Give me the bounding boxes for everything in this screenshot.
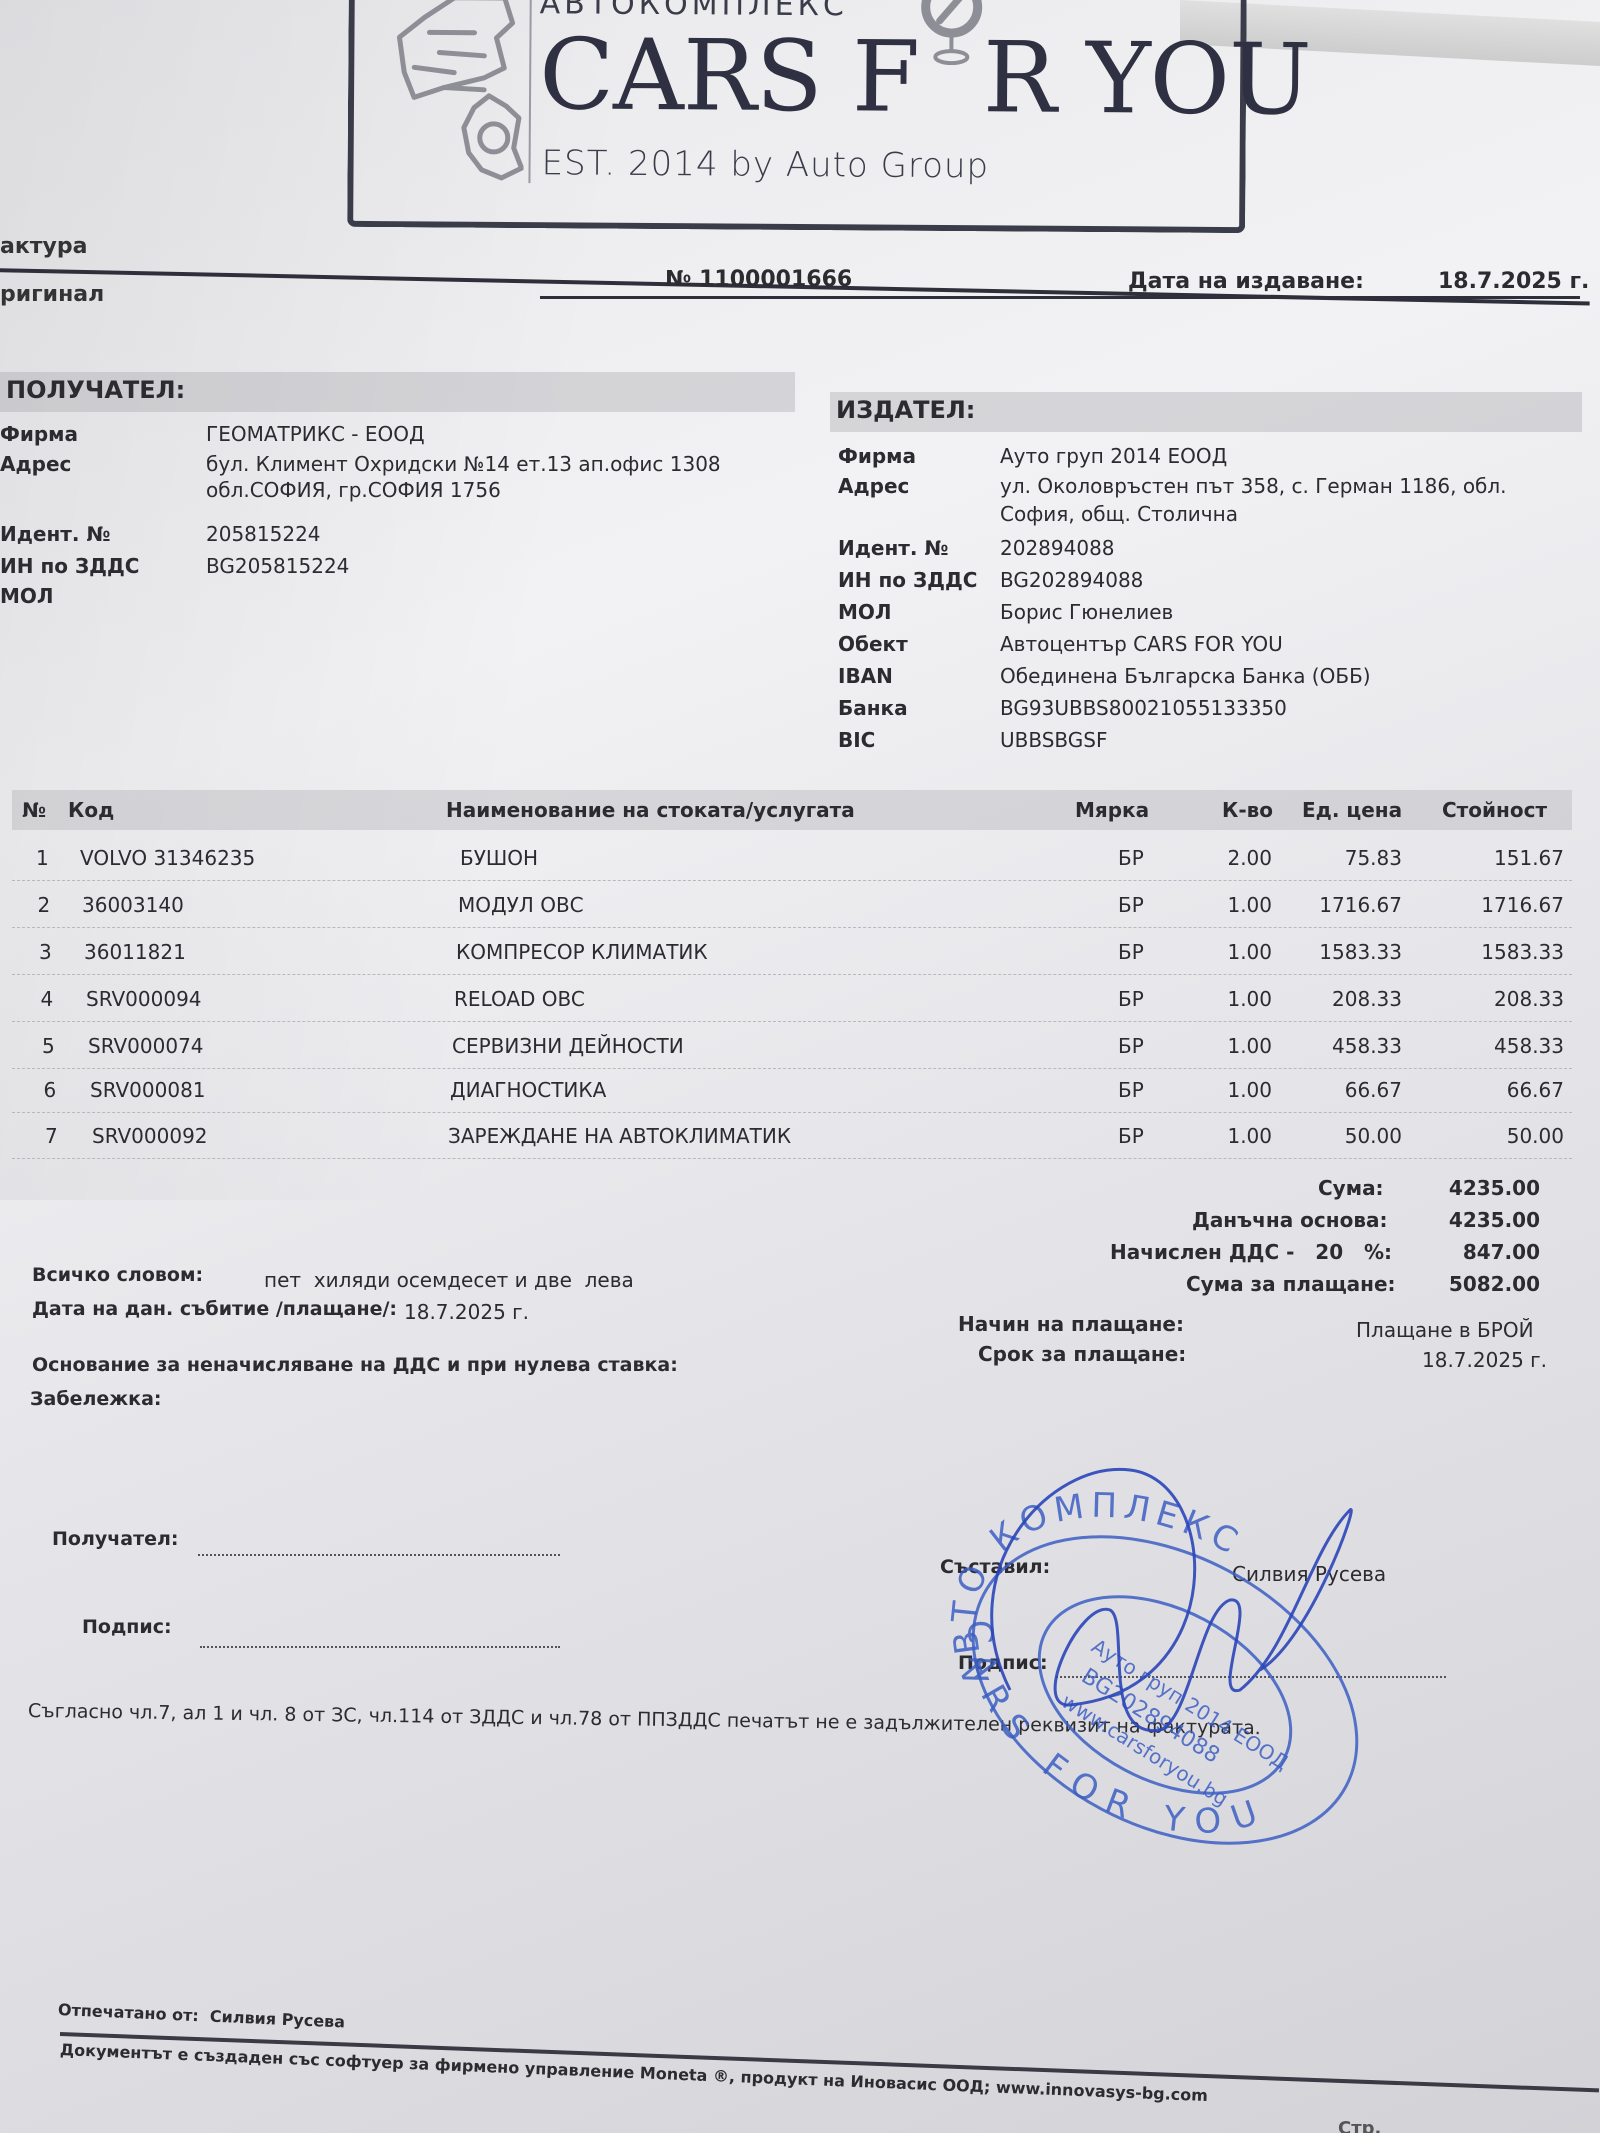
software-note: Документът е създаден със софтуер за фир… (60, 2040, 1209, 2105)
row-number: 6 (44, 1078, 57, 1102)
item-unit: БР (1118, 1034, 1144, 1058)
field-label: Фирма (0, 422, 78, 446)
item-total: 50.00 (1507, 1124, 1564, 1148)
document-type: актура (0, 234, 87, 259)
item-unit: БР (1118, 846, 1144, 870)
company-logo: АВТОКОМПЛЕКС CARS F R YOU EST. 2014 by A… (347, 0, 1247, 233)
row-number: 2 (38, 893, 51, 917)
tax-base-value: 4235.00 (1400, 1208, 1540, 1232)
field-value: ГЕОМАТРИКС - ЕООД (206, 422, 425, 446)
item-unit-price: 75.83 (1345, 846, 1402, 870)
item-total: 151.67 (1494, 846, 1564, 870)
field-label: Банка (838, 696, 908, 720)
invoice-number: № 1100001666 (665, 267, 852, 292)
item-unit: БР (1118, 1124, 1144, 1148)
logo-title-right: R YOU (983, 21, 1311, 137)
invoice-page: АВТОКОМПЛЕКС CARS F R YOU EST. 2014 by A… (0, 0, 1600, 2133)
in-words-value: пет хиляди осемдесет и две лева (264, 1268, 634, 1292)
item-name: ЗАРЕЖДАНЕ НА АВТОКЛИМАТИК (448, 1124, 791, 1148)
in-words-label: Всичко словом: (32, 1264, 203, 1286)
issue-date-label: Дата на издаване: (1128, 269, 1364, 294)
item-quantity: 1.00 (1227, 1078, 1272, 1102)
item-unit-price: 1716.67 (1319, 893, 1402, 917)
field-value: UBBSBGSF (1000, 728, 1108, 752)
recipient-signature-line (200, 1646, 560, 1648)
item-unit: БР (1118, 1078, 1144, 1102)
header-divider-right (540, 296, 1580, 299)
item-unit-price: 458.33 (1332, 1034, 1402, 1058)
field-label: МОЛ (838, 600, 892, 624)
field-value: BG202894088 (1000, 568, 1143, 592)
field-label: ИН по ЗДДС (0, 554, 139, 578)
field-label: МОЛ (0, 584, 54, 608)
field-value: 202894088 (1000, 536, 1115, 560)
vat-label: Начислен ДДС - 20 %: (1110, 1240, 1392, 1264)
table-row: 4SRV000094RELOAD OBCБР1.00208.33208.33 (12, 975, 1572, 1022)
col-qty: К-во (1222, 798, 1273, 822)
vat-basis-label: Основание за неначисляване на ДДС и при … (32, 1354, 678, 1376)
recipient-name-line (198, 1554, 560, 1556)
item-total: 66.67 (1507, 1078, 1564, 1102)
note-label: Забележка: (30, 1388, 162, 1410)
issuer-details: ФирмаАуто груп 2014 ЕООДАдресул. Околовр… (838, 444, 1598, 764)
car-gear-icon (383, 0, 524, 188)
page-indicator: Стр. (1338, 2118, 1381, 2133)
item-unit: БР (1118, 893, 1144, 917)
item-total: 208.33 (1494, 987, 1564, 1011)
item-unit-price: 208.33 (1332, 987, 1402, 1011)
payment-method-label: Начин на плащане: (958, 1312, 1184, 1336)
item-unit-price: 66.67 (1345, 1078, 1402, 1102)
field-label: Обект (838, 632, 908, 656)
row-number: 5 (42, 1034, 55, 1058)
printed-by-label: Отпечатано от: (58, 2000, 200, 2025)
field-value: Автоцентър CARS FOR YOU (1000, 632, 1283, 656)
item-quantity: 2.00 (1227, 846, 1272, 870)
col-total: Стойност (1442, 798, 1547, 822)
col-name: Наименование на стоката/услугата (446, 798, 855, 822)
wrench-pin-icon (919, 41, 983, 111)
table-row: 236003140МОДУЛ ОВСБР1.001716.671716.67 (12, 881, 1572, 928)
row-number: 1 (36, 846, 49, 870)
payment-due-label: Срок за плащане: (978, 1342, 1186, 1366)
field-label: BIC (838, 728, 875, 752)
recipient-heading: ПОЛУЧАТЕЛ: (0, 372, 795, 412)
field-label: Идент. № (838, 536, 949, 560)
table-row: 6SRV000081ДИАГНОСТИКАБР1.0066.6766.67 (12, 1066, 1572, 1113)
payable-label: Сума за плащане: (1186, 1272, 1396, 1296)
printed-by-name: Силвия Русева (210, 2007, 346, 2032)
logo-tagline: EST. 2014 by Auto Group (541, 143, 989, 186)
printed-by: Отпечатано от: Силвия Русева (58, 2000, 346, 2032)
field-value: BG93UBBS80021055133350 (1000, 696, 1287, 720)
item-code: SRV000092 (92, 1124, 208, 1148)
svg-text:Ауто груп 2014 ЕООД: Ауто груп 2014 ЕООД (1087, 1634, 1292, 1775)
payable-value: 5082.00 (1400, 1272, 1540, 1296)
col-price: Ед. цена (1302, 798, 1402, 822)
item-code: SRV000074 (88, 1034, 204, 1058)
field-value: София, общ. Столична (1000, 502, 1238, 526)
field-value: Ауто груп 2014 ЕООД (1000, 444, 1227, 468)
field-label: ИН по ЗДДС (838, 568, 977, 592)
field-label: Адрес (0, 452, 71, 476)
col-code: Код (68, 798, 114, 822)
sum-value: 4235.00 (1400, 1176, 1540, 1200)
field-value: ул. Околовръстен път 358, с. Герман 1186… (1000, 474, 1507, 498)
table-row: 7SRV000092ЗАРЕЖДАНЕ НА АВТОКЛИМАТИКБР1.0… (12, 1112, 1572, 1159)
legal-note: Съгласно чл.7, ал 1 и чл. 8 от ЗС, чл.11… (28, 1700, 1261, 1739)
row-number: 3 (39, 940, 52, 964)
field-value: бул. Климент Охридски №14 ет.13 ап.офис … (206, 452, 721, 476)
item-unit: БР (1118, 987, 1144, 1011)
item-total: 458.33 (1494, 1034, 1564, 1058)
field-value: Борис Гюнелиев (1000, 600, 1173, 624)
field-label: Адрес (838, 474, 909, 498)
tax-event-date: 18.7.2025 г. (404, 1300, 529, 1324)
table-row: 336011821КОМПРЕСОР КЛИМАТИКБР1.001583.33… (12, 928, 1572, 975)
table-row: 5SRV000074СЕРВИЗНИ ДЕЙНОСТИБР1.00458.334… (12, 1022, 1572, 1069)
item-code: SRV000094 (86, 987, 202, 1011)
logo-divider (528, 0, 531, 183)
item-quantity: 1.00 (1227, 1124, 1272, 1148)
item-code: SRV000081 (90, 1078, 206, 1102)
item-unit-price: 50.00 (1345, 1124, 1402, 1148)
item-code: 36011821 (84, 940, 186, 964)
logo-title: CARS F R YOU (539, 18, 1311, 137)
composer-signature-line (1056, 1676, 1446, 1678)
col-unit: Мярка (1075, 798, 1149, 822)
item-name: ДИАГНОСТИКА (450, 1078, 606, 1102)
composed-by-name: Силвия Русева (1232, 1562, 1386, 1586)
payment-due-value: 18.7.2025 г. (1422, 1348, 1547, 1372)
logo-title-left: CARS F (539, 18, 920, 135)
item-name: СЕРВИЗНИ ДЕЙНОСТИ (452, 1034, 684, 1058)
field-value: обл.СОФИЯ, гр.СОФИЯ 1756 (206, 478, 501, 502)
svg-text:www.carsforyou.bg: www.carsforyou.bg (1057, 1689, 1232, 1811)
row-number: 4 (41, 987, 54, 1011)
field-label: Фирма (838, 444, 916, 468)
row-number: 7 (45, 1124, 58, 1148)
composed-by-label: Съставил: (940, 1556, 1050, 1578)
item-name: БУШОН (460, 846, 538, 870)
item-unit: БР (1118, 940, 1144, 964)
tax-event-label: Дата на дан. събитие /плащане/: (32, 1298, 397, 1320)
item-code: VOLVO 31346235 (80, 846, 255, 870)
field-value: BG205815224 (206, 554, 349, 578)
field-label: IBAN (838, 664, 893, 688)
col-no: № (22, 798, 46, 822)
tax-base-label: Данъчна основа: (1192, 1208, 1387, 1232)
vat-value: 847.00 (1400, 1240, 1540, 1264)
field-value: 205815224 (206, 522, 321, 546)
item-unit-price: 1583.33 (1319, 940, 1402, 964)
item-name: МОДУЛ ОВС (458, 893, 584, 917)
item-total: 1583.33 (1481, 940, 1564, 964)
payment-method-value: Плащане в БРОЙ (1356, 1318, 1534, 1342)
item-name: КОМПРЕСОР КЛИМАТИК (456, 940, 708, 964)
issuer-heading: ИЗДАТЕЛ: (830, 392, 1582, 432)
item-quantity: 1.00 (1227, 1034, 1272, 1058)
document-copy-type: ригинал (0, 282, 104, 307)
table-row: 1VOLVO 31346235БУШОНБР2.0075.83151.67 (12, 834, 1572, 881)
composer-signature-label: Подпис: (958, 1652, 1048, 1674)
recipient-signature-label: Подпис: (82, 1616, 172, 1638)
recipient-sign-name-label: Получател: (52, 1528, 179, 1550)
field-value: Обединена Българска Банка (ОББ) (1000, 664, 1371, 688)
item-quantity: 1.00 (1227, 940, 1272, 964)
item-name: RELOAD OBC (454, 987, 585, 1011)
issue-date: 18.7.2025 г. (1438, 269, 1589, 294)
items-table-header: № Код Наименование на стоката/услугата М… (12, 790, 1572, 830)
item-code: 36003140 (82, 893, 184, 917)
item-quantity: 1.00 (1227, 893, 1272, 917)
item-total: 1716.67 (1481, 893, 1564, 917)
sum-label: Сума: (1318, 1176, 1384, 1200)
field-label: Идент. № (0, 522, 111, 546)
recipient-details: ФирмаГЕОМАТРИКС - ЕООДАдресбул. Климент … (0, 422, 800, 622)
item-quantity: 1.00 (1227, 987, 1272, 1011)
